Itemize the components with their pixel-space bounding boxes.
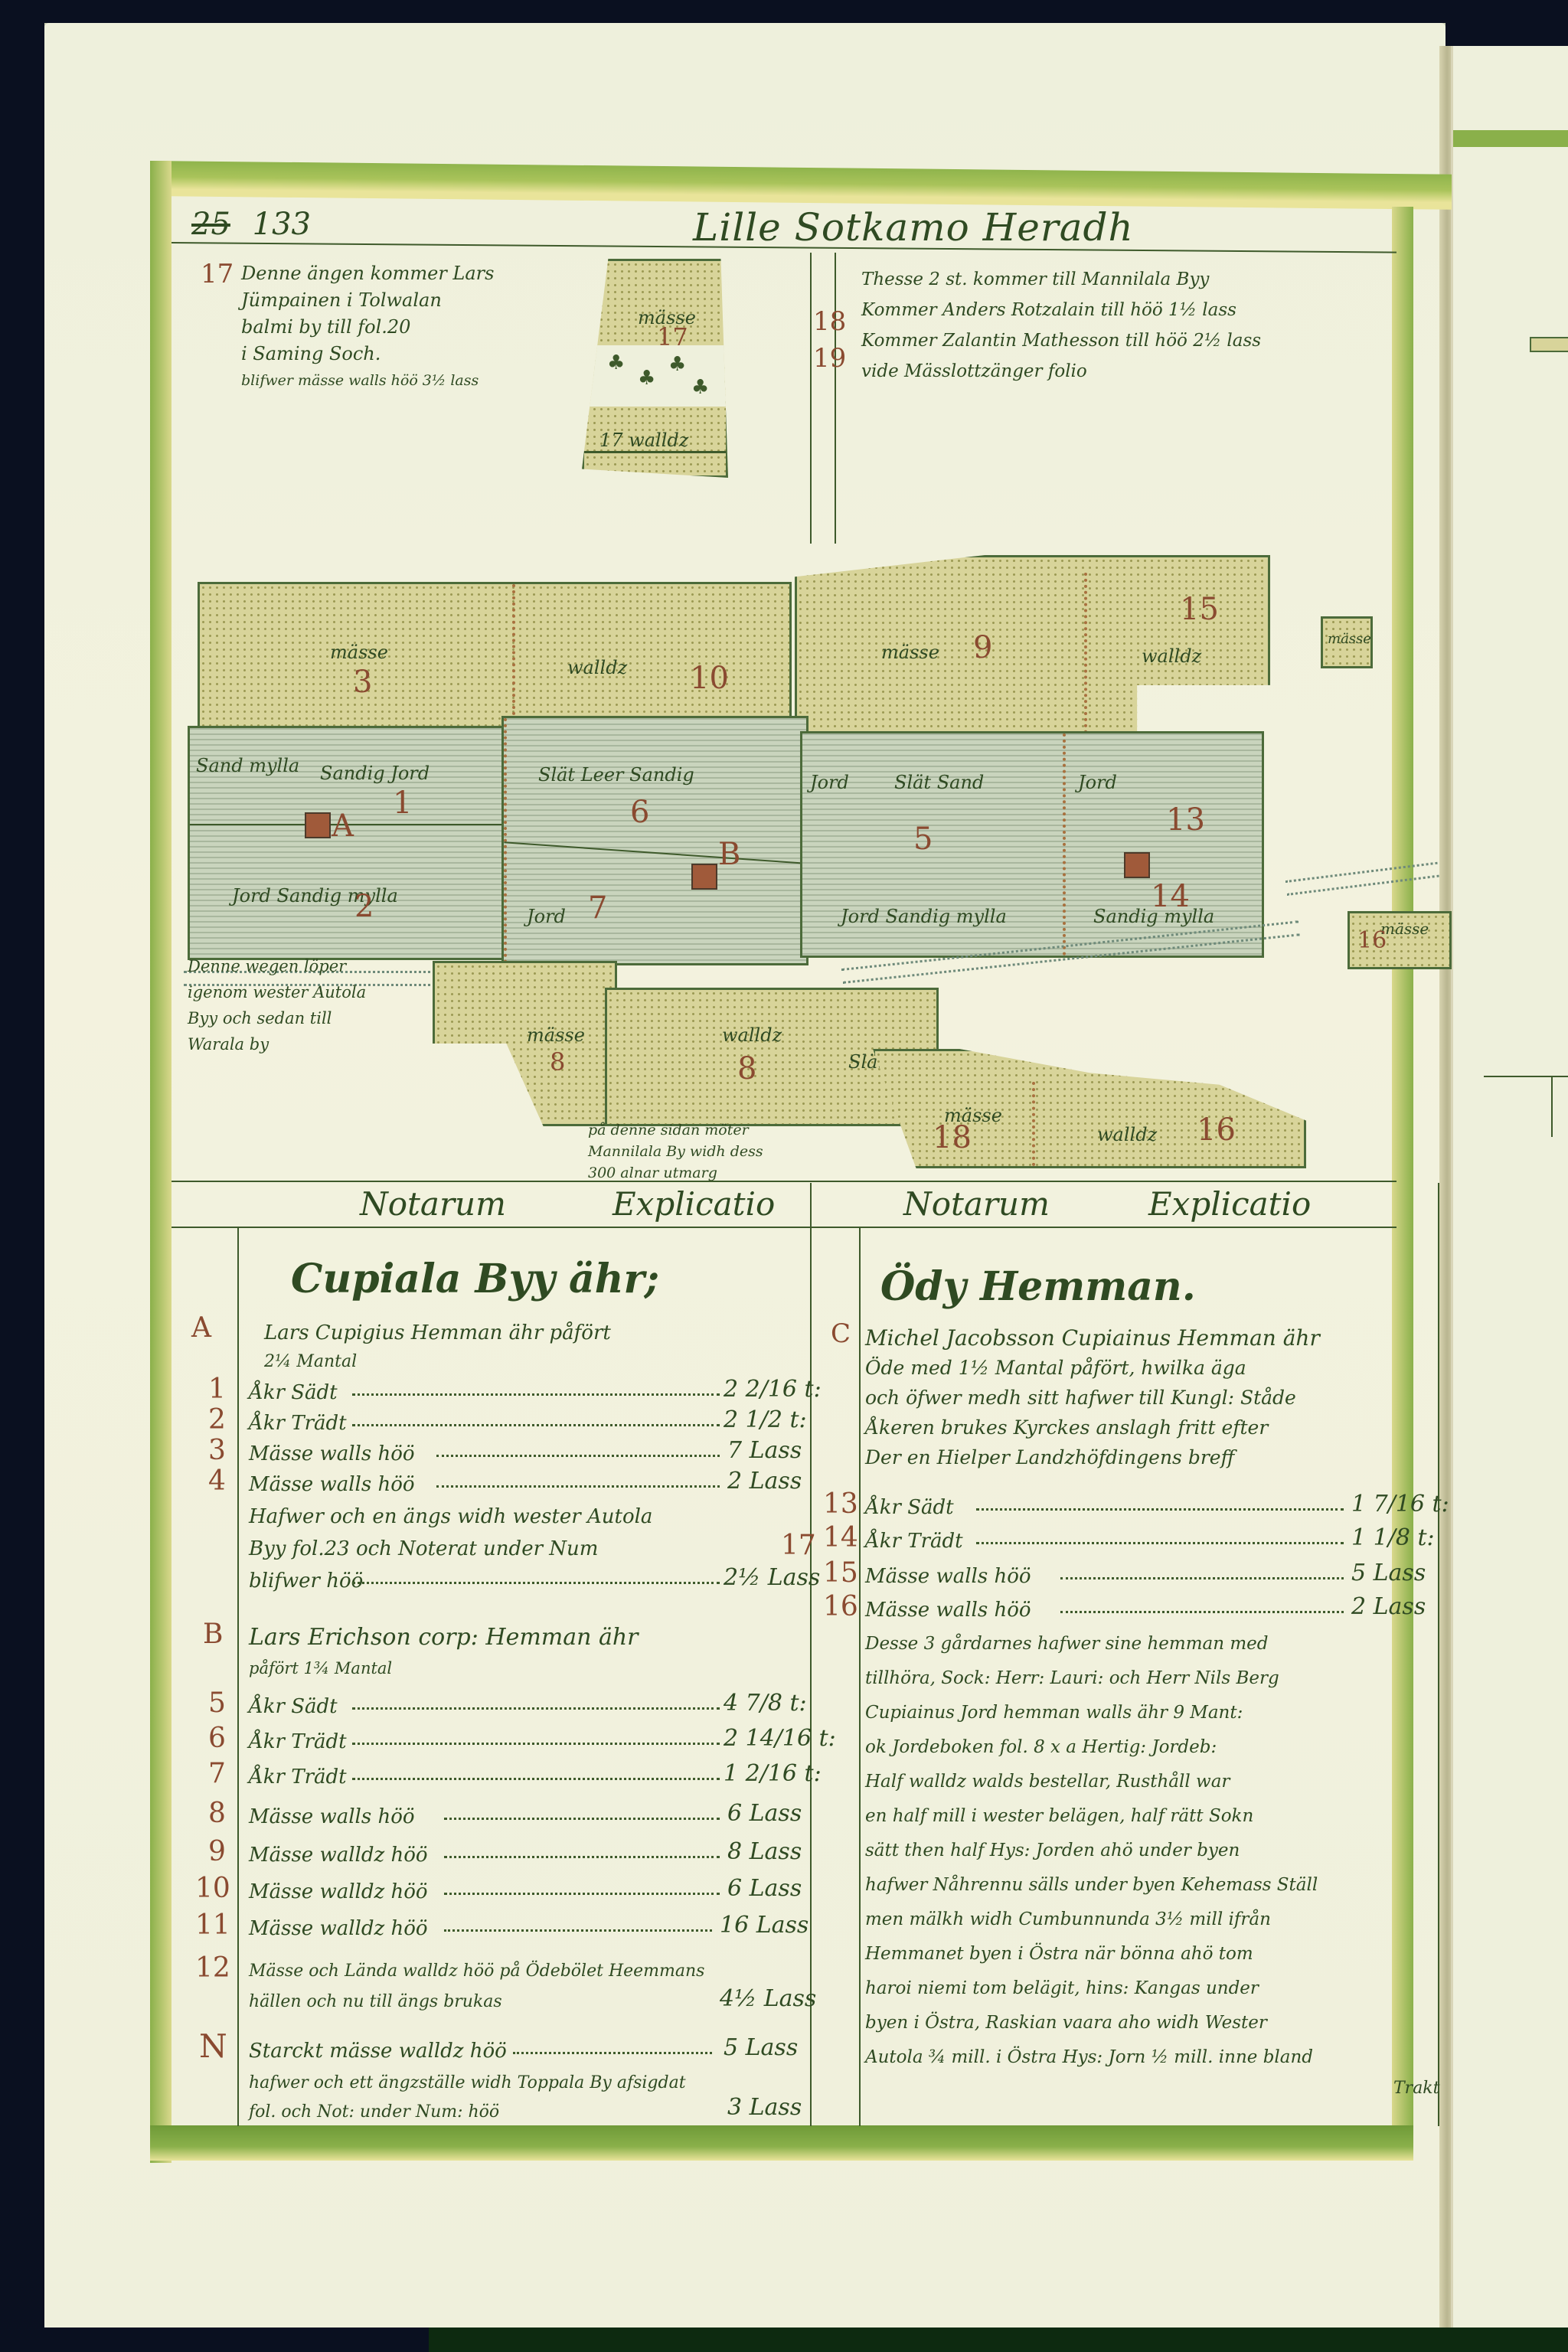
tree-icon: ♣ [607,351,625,374]
farm-marker-b: B [718,837,740,872]
stream [584,451,726,453]
parcel-label: mässe [1380,920,1429,938]
tree-icon: ♣ [668,353,686,376]
parcel-4[interactable]: mässe [1321,616,1373,668]
leader-dots [352,1707,720,1710]
legend-text: fol. och Not: under Num: höö [249,2098,499,2127]
paragraph-line: byen i Östra, Raskian vaara aho widh Wes… [865,2006,1318,2040]
parcel-label: walldz [1097,1124,1157,1145]
parcel-label: Jord Sandig mylla [841,906,1007,927]
legend-value: 2 2/16 t: [724,1375,822,1404]
parcel-number: 2 [354,889,374,924]
legend-right-edge [1438,1183,1439,2126]
boundary-note-line: Mannilala By widh dess [588,1141,763,1162]
paragraph-line: sätt then half Hys: Jorden ahö under bye… [865,1834,1318,1868]
leader-dots [352,1778,720,1780]
parcel-label: Sandig Jord [320,763,430,784]
legend-key: 6 [208,1724,226,1753]
legend-key: 8 [208,1799,226,1828]
field-label: Slät Sand [894,772,984,793]
boundary-dotted [512,584,515,733]
facing-page-parcel [1530,337,1568,352]
legend-key: 1 [208,1375,226,1404]
legend-key: 12 [195,1954,230,1983]
legend-text: Byy fol.23 och Noterat under Num [249,1534,598,1563]
note-right-line: Kommer Zalantin Mathesson till höö 2½ la… [861,325,1261,356]
boundary-note: på denne sidan möter Mannilala By widh d… [588,1119,763,1184]
legend-key: 10 [195,1874,230,1903]
legend-text: hafwer och ett ängzställe widh Toppala B… [249,2069,686,2098]
legend-key: 16 [823,1592,858,1622]
parcel-label: Jord [527,906,566,927]
legend-text: Lars Erichson corp: Hemman ähr [249,1623,639,1652]
legend-header-explicatio: Explicatio [612,1185,775,1223]
wooded-strip: ♣ ♣ ♣ ♣ [584,345,726,407]
legend-key-column-left [237,1227,239,2126]
legend-key: 14 [823,1524,858,1553]
note-number-18: 18 [813,306,846,337]
paragraph-line: hafwer Nåhrennu sälls under byen Kehemas… [865,1868,1318,1903]
legend-value: 8 Lass [727,1837,802,1867]
leader-dots [352,1424,720,1426]
legend-deserted-title: Ödy Hemman. [880,1263,1196,1310]
legend-value: 2½ Lass [724,1563,820,1592]
paragraph-line: men mälkh widh Cumbunnunda 3½ mill ifrån [865,1903,1318,1937]
legend-text: Åkr Sädt [865,1493,954,1522]
legend-key: N [199,2032,227,2061]
leader-dots [976,1508,1344,1511]
legend-key: 17 [781,1531,816,1560]
paragraph-line: Cupiainus Jord hemman walls ähr 9 Mant: [865,1696,1318,1730]
leader-dots [444,1818,720,1820]
note-right-line: Thesse 2 st. kommer till Mannilala Byy [861,264,1261,295]
legend-value: 6 Lass [727,1799,802,1828]
map-title: Lille Sotkamo Heradh [693,205,1134,250]
leader-dots [352,1582,720,1584]
paragraph-line: Half walldz walds bestellar, Rusthåll wa… [865,1765,1318,1799]
legend-village-title: Cupiala Byy ähr; [291,1256,659,1302]
legend-text: Starckt mässe walldz höö [249,2037,507,2066]
facing-page-edge [1451,46,1568,2327]
legend-value: 2 Lass [1351,1592,1426,1622]
legend-text: Mässe walldz höö [249,1914,428,1943]
legend-value: 7 Lass [727,1436,802,1465]
legend-top-rule [171,1181,1396,1182]
paragraph-line: ok Jordeboken fol. 8 x a Hertig: Jordeb: [865,1730,1318,1765]
road-note-line: Byy och sedan till [188,1005,366,1031]
legend-text: Mässe walldz höö [249,1877,428,1906]
legend-paragraph: Desse 3 gårdarnes hafwer sine hemman med… [865,1627,1318,2075]
legend-key: A [191,1314,211,1343]
parcel-number: 10 [690,661,729,696]
parcel-number: 1 [393,786,412,821]
frame-border-left [150,161,171,2163]
leader-dots [352,1393,720,1396]
legend-value: 5 Lass [724,2033,798,2063]
field-label: Jord [810,772,849,793]
intro-line: Åkeren brukes Kyrckes anslagh fritt efte… [865,1413,1320,1442]
note-left-line: balmi by till fol.20 [241,314,494,341]
parcel-number: 13 [1166,802,1205,838]
parcel-label: mässe [1328,631,1371,647]
legend-key: 15 [823,1559,858,1588]
paragraph-line: Desse 3 gårdarnes hafwer sine hemman med [865,1627,1318,1661]
note-left-line: i Saming Soch. [241,341,494,367]
legend-value: 16 Lass [720,1911,808,1940]
leader-dots [444,1929,712,1932]
legend-text: Lars Cupigius Hemman ähr påfört [264,1318,611,1347]
parcel-label: mässe [527,1024,585,1046]
legend-text: Mässe walls höö [249,1439,415,1468]
road-note-line: igenom wester Autola [188,979,366,1005]
legend-value: 6 Lass [727,1874,802,1903]
boundary-note-line: på denne sidan möter [588,1119,763,1141]
leader-dots [976,1542,1344,1544]
legend-value: 2 14/16 t: [724,1724,836,1753]
intro-line: och öfwer medh sitt hafwer till Kungl: S… [865,1383,1320,1413]
note-right-line: Kommer Anders Rotzalain till höö 1½ lass [861,295,1261,325]
parcel-number: 9 [973,630,992,665]
legend-text: Mässe walls höö [865,1562,1031,1591]
legend-header-explicatio: Explicatio [1148,1185,1311,1223]
legend-value: 1 7/16 t: [1351,1490,1449,1519]
intro-line: Michel Jacobsson Cupiainus Hemman ähr [865,1323,1320,1353]
parcel-number: 8 [550,1047,565,1076]
legend-value: 3 Lass [727,2093,802,2122]
parcel-16[interactable]: mässe 16 [1347,911,1452,969]
legend-header-notarum: Notarum [360,1185,506,1223]
note-number-19: 19 [813,343,846,374]
parcel-number: 5 [913,822,933,857]
frame-border-right [1392,207,1413,2151]
intro-line: Der en Hielper Landzhöfdingens breff [865,1442,1320,1472]
legend-value: 4 7/8 t: [724,1689,807,1718]
parcel-number: 14 [1151,879,1190,914]
paragraph-line: haroi niemi tom belägit, hins: Kangas un… [865,1971,1318,2006]
legend-value: 5 Lass [1351,1559,1426,1588]
legend-subtext: hällen och nu till ängs brukas [249,1988,502,2017]
road-note-line: Denne wegen löper [188,953,366,979]
legend-text: Mässe walls höö [249,1470,415,1499]
legend-text: Åkr Sädt [249,1378,338,1407]
legend-key: 4 [208,1467,226,1496]
leader-dots [1060,1611,1344,1613]
legend-key-column-right [859,1227,861,2126]
road-note-line: Warala by [188,1031,366,1057]
leader-dots [444,1856,720,1858]
legend-header-notarum: Notarum [903,1185,1050,1223]
legend-value: 2 Lass [727,1467,802,1496]
leader-dots [436,1485,720,1488]
parcel-label: walldz [567,657,627,678]
parcel-number: 7 [588,890,607,926]
facing-page-rule [1484,1076,1568,1077]
legend-text: Mässe och Lända walldz höö på Ödebölet H… [249,1957,704,1986]
note-left: Denne ängen kommer Lars Jümpainen i Tolw… [241,260,494,394]
folio-current: 133 [253,207,311,242]
parcel-fields-east[interactable]: Jord Slät Sand 5 Jord Sandig mylla Jord … [800,731,1264,958]
parcel-label: Jord [1078,772,1117,793]
parcel-number: 3 [353,665,372,700]
farmhouse-icon [691,864,717,890]
farmhouse-icon [1124,852,1150,878]
legend-text: Åkr Trädt [865,1527,963,1556]
road-note: Denne wegen löper igenom wester Autola B… [188,953,366,1057]
legend-text: Mässe walls höö [865,1596,1031,1625]
parcel-number: 8 [737,1051,756,1086]
note-right-line: vide Mässlottzänger folio [861,356,1261,387]
legend-text: Åkr Trädt [249,1409,347,1438]
note-left-line: blifwer mässe walls höö 3½ lass [241,367,494,394]
facing-page-frame [1453,130,1568,147]
paragraph-line: en half mill i wester belägen, half rätt… [865,1799,1318,1834]
legend-key: 13 [823,1490,858,1519]
legend-intro-c: Michel Jacobsson Cupiainus Hemman ähr Öd… [865,1323,1320,1472]
parcel-number: 15 [1180,592,1219,627]
frame-border-bottom [150,2125,1413,2161]
legend-value: 1 1/8 t: [1351,1524,1435,1553]
legend-text: Mässe walldz höö [249,1841,428,1870]
parcel-label: mässe [881,642,939,663]
legend-subtext: påfört 1¾ Mantal [249,1654,392,1683]
field-label: Sand mylla [196,755,299,776]
note-right: Thesse 2 st. kommer till Mannilala Byy K… [861,264,1261,387]
legend-key-c: C [831,1318,851,1349]
paragraph-line: Autola ¾ mill. i Östra Hys: Jorn ½ mill.… [865,2040,1318,2075]
parcel-fields-center[interactable]: Slät Leer Sandig 6 Jord 7 B [501,716,808,965]
tree-icon: ♣ [691,376,709,399]
legend-key: 9 [208,1837,226,1867]
farm-marker-a: A [332,808,354,844]
catchword: Trakt [1393,2079,1439,2098]
parcel-label: Slät Leer Sandig [538,764,694,786]
paragraph-line: tillhöra, Sock: Herr: Lauri: och Herr Ni… [865,1661,1318,1696]
parcel-fields-west[interactable]: Sand mylla Sandig Jord 1 Jord Sandig myl… [188,726,506,960]
note-number-17: 17 [201,259,234,289]
note-left-line: Denne ängen kommer Lars [241,260,494,287]
leader-dots [1060,1577,1344,1579]
boundary-dotted [504,718,507,963]
parcel-number: 16 [1197,1112,1236,1148]
legend-text: Åkr Sädt [249,1692,338,1721]
parcel-label: 17 walldz [599,430,688,451]
legend-text: Mässe walls höö [249,1802,415,1831]
leader-dots [513,2052,712,2054]
note-left-line: Jümpainen i Tolwalan [241,287,494,314]
facing-page-rule-v [1551,1076,1553,1137]
parcel-label: mässe [330,642,388,663]
legend-key: 2 [208,1406,226,1435]
folio-number: 25 133 [191,207,311,242]
leader-dots [352,1743,720,1745]
legend-value: 4½ Lass [720,1984,816,2014]
legend-key: B [203,1620,223,1649]
farmhouse-icon [305,812,331,838]
legend-key: 5 [208,1689,226,1718]
leader-dots [436,1455,720,1457]
parcel-3-10[interactable]: mässe 3 walldz 10 [198,582,792,736]
legend-key: 3 [208,1436,226,1465]
folio-struck: 25 [191,207,230,242]
tree-icon: ♣ [638,367,655,390]
book-cover-shadow [429,2327,1568,2352]
legend-value: 1 2/16 t: [724,1759,822,1788]
parcel-label: walldz [722,1024,782,1046]
boundary-dotted [1084,573,1087,733]
legend-text: Hafwer och en ängs widh wester Autola [249,1502,652,1531]
legend-key: 11 [195,1911,230,1940]
parcel-number: 18 [933,1120,972,1155]
note-divider-2 [835,253,836,544]
legend-text: blifwer höö [249,1566,363,1596]
legend-text: Åkr Trädt [249,1762,347,1792]
parcel-number: 6 [630,795,649,830]
legend-value: 2 1/2 t: [724,1406,807,1435]
legend-subtext: 2¼ Mantal [264,1347,357,1377]
parcel-number: 16 [1357,927,1387,954]
legend-text: Åkr Trädt [249,1727,347,1756]
paragraph-line: Hemmanet byen i Östra när bönna ahö tom [865,1937,1318,1971]
boundary-dotted [1032,1082,1035,1166]
leader-dots [444,1893,720,1895]
boundary-dotted [1063,733,1066,955]
note-divider [810,253,812,544]
legend-header-rule [171,1227,1396,1228]
intro-line: Öde med 1½ Mantal påfört, hwilka äga [865,1353,1320,1383]
parcel-label: walldz [1142,645,1201,667]
legend-key: 7 [208,1759,226,1788]
field-boundary [504,841,805,864]
